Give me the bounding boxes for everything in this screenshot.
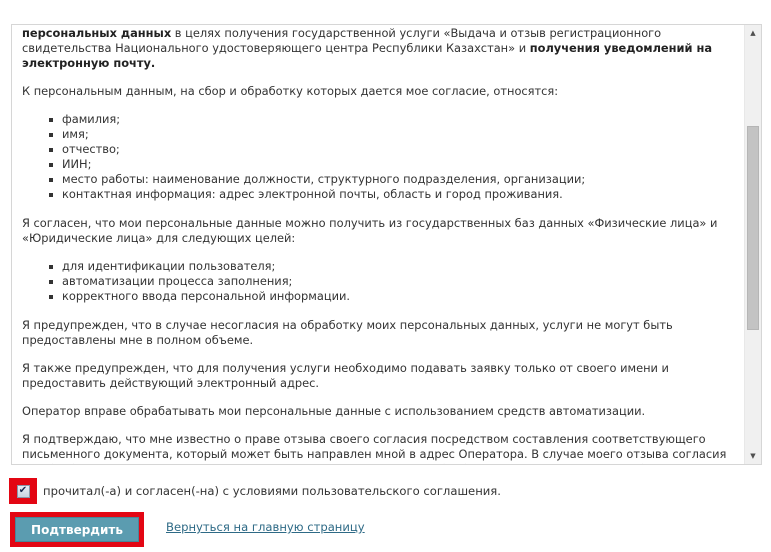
personal-data-list: фамилия; имя; отчество; ИИН; место работ… xyxy=(22,112,741,202)
list-item: контактная информация: адрес электронной… xyxy=(62,187,741,202)
list-item: автоматизации процесса заполнения; xyxy=(62,274,741,289)
scroll-thumb[interactable] xyxy=(747,126,759,330)
own-name-paragraph: Я также предупрежден, что для получения … xyxy=(22,361,741,391)
revocation-paragraph: Я подтверждаю, что мне известно о праве … xyxy=(22,432,741,465)
consent-label[interactable]: прочитал(-а) и согласен(-на) с условиями… xyxy=(43,484,501,498)
list-item: для идентификации пользователя; xyxy=(62,259,741,274)
intro-paragraph: персональных данных в целях получения го… xyxy=(22,26,741,71)
list-item: отчество; xyxy=(62,142,741,157)
data-list-heading: К персональным данным, на сбор и обработ… xyxy=(22,84,741,99)
purposes-heading: Я согласен, что мои персональные данные … xyxy=(22,216,741,246)
vertical-scrollbar[interactable]: ▲ ▼ xyxy=(744,25,761,464)
warning-paragraph: Я предупрежден, что в случае несогласия … xyxy=(22,318,741,348)
purposes-list: для идентификации пользователя; автомати… xyxy=(22,259,741,304)
confirm-button-highlight: Подтвердить xyxy=(10,512,144,547)
consent-checkbox[interactable]: ✔ xyxy=(17,485,30,498)
scroll-up-arrow-icon[interactable]: ▲ xyxy=(745,25,761,41)
list-item: имя; xyxy=(62,127,741,142)
list-item: фамилия; xyxy=(62,112,741,127)
automation-paragraph: Оператор вправе обрабатывать мои персона… xyxy=(22,404,741,419)
checkbox-highlight: ✔ xyxy=(9,478,37,504)
agreement-text-box[interactable]: информации Министерства по инвестициям и… xyxy=(11,24,762,465)
agreement-content: информации Министерства по инвестициям и… xyxy=(22,24,741,465)
list-item: ИИН; xyxy=(62,157,741,172)
confirm-button[interactable]: Подтвердить xyxy=(15,517,139,542)
scroll-down-arrow-icon[interactable]: ▼ xyxy=(745,448,761,464)
back-to-home-link[interactable]: Вернуться на главную страницу xyxy=(166,520,365,534)
consent-row: ✔ прочитал(-а) и согласен(-на) с условия… xyxy=(9,477,501,505)
list-item: корректного ввода персональной информаци… xyxy=(62,289,741,304)
checkmark-icon: ✔ xyxy=(19,486,27,496)
intro-bold-start: персональных данных xyxy=(22,26,171,40)
list-item: место работы: наименование должности, ст… xyxy=(62,172,741,187)
